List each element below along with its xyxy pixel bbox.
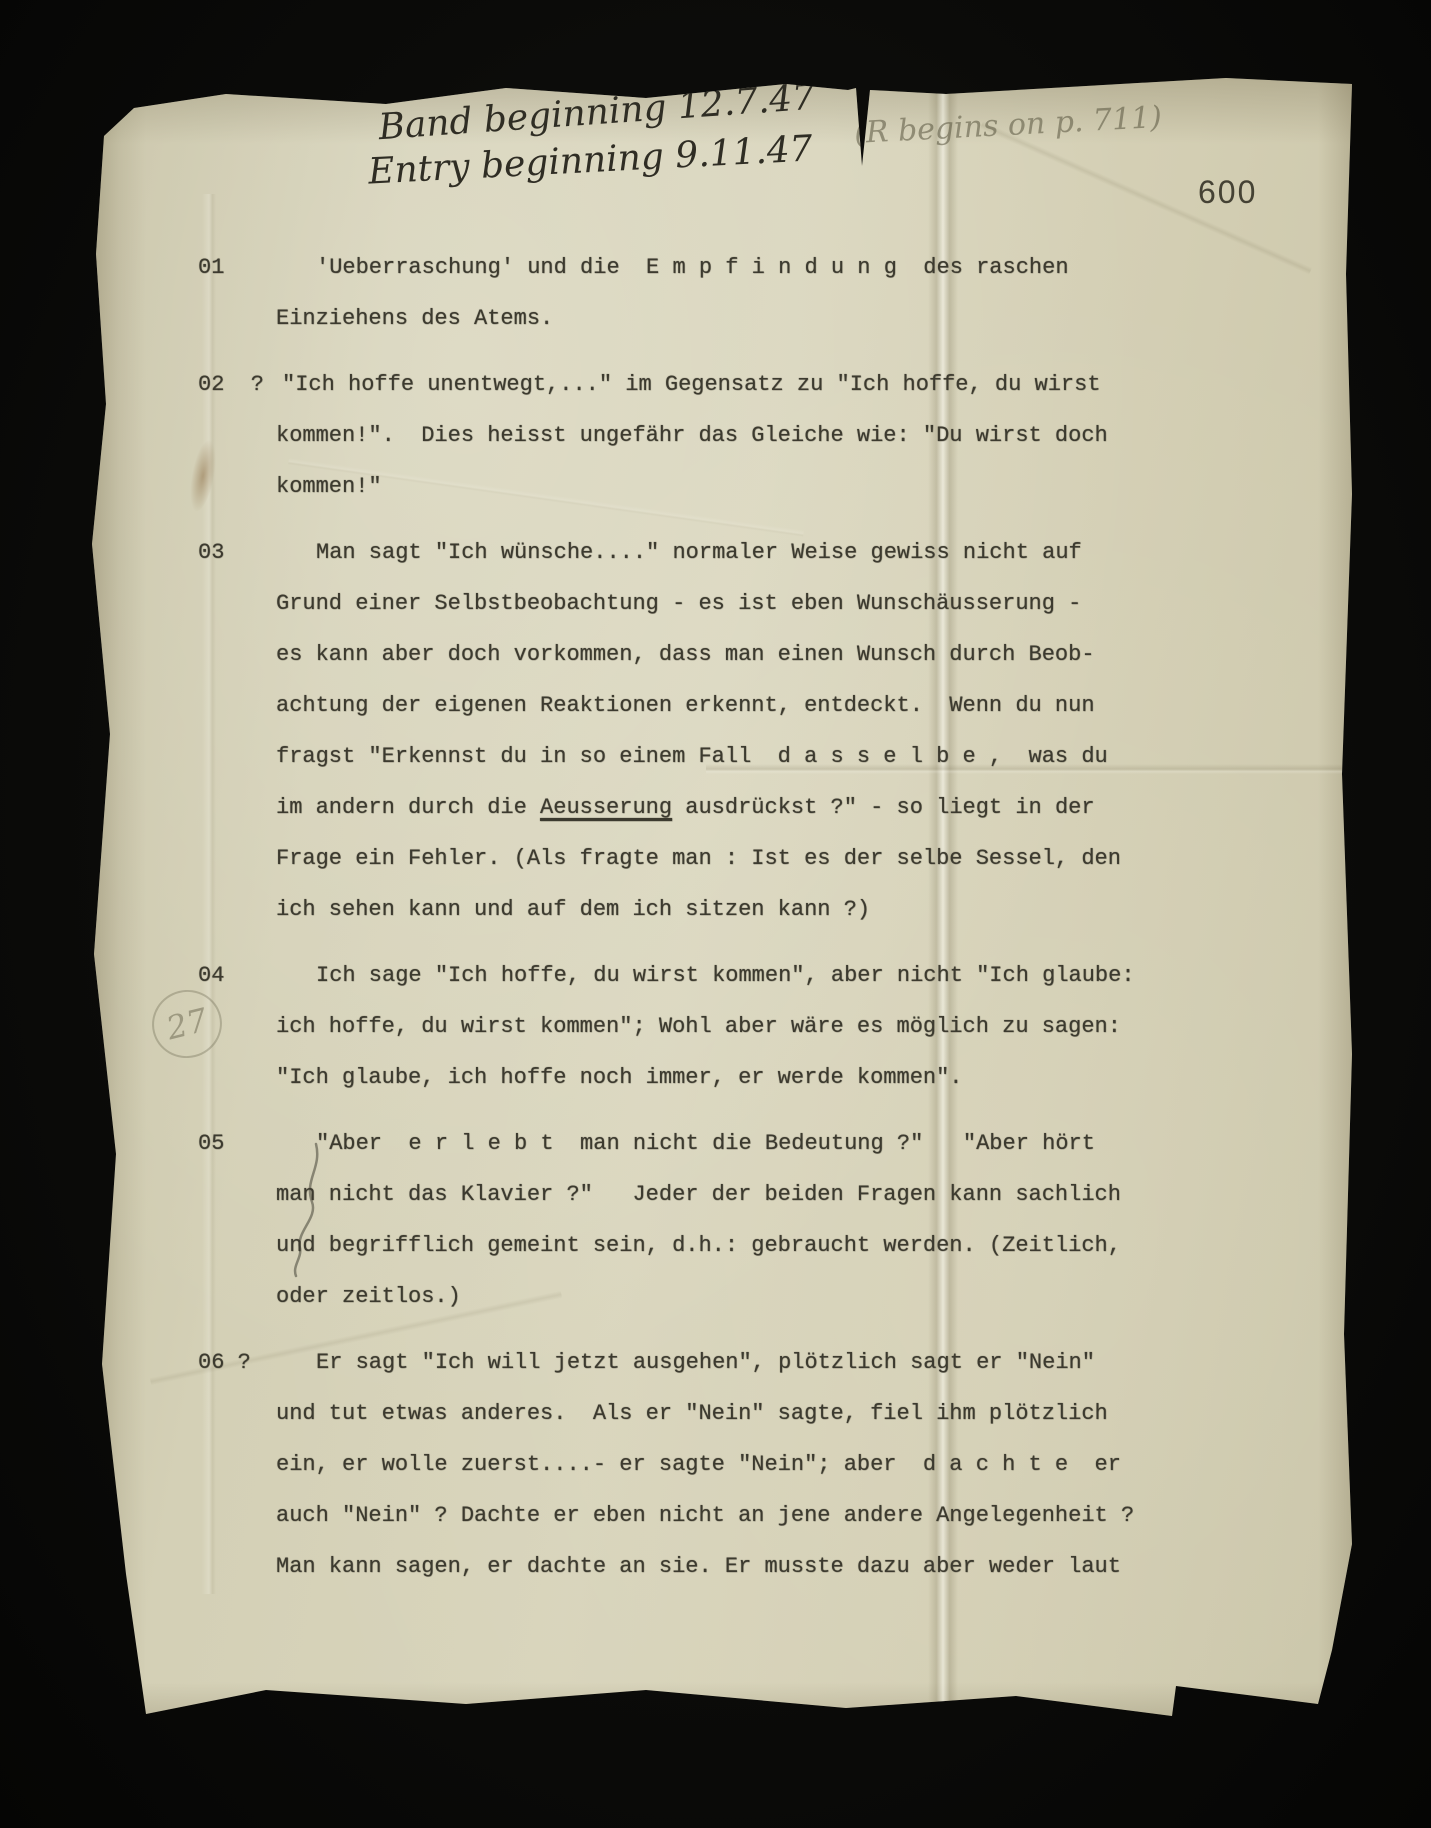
text-line: ich hoffe, du wirst kommen"; Wohl aber w… [276,1001,1278,1052]
entry-number: 01 [198,242,276,344]
text-line: ich sehen kann und auf dem ich sitzen ka… [276,884,1278,935]
text-line: "Ich glaube, ich hoffe noch immer, er we… [276,1052,1278,1103]
text-line: Man kann sagen, er dachte an sie. Er mus… [276,1541,1278,1592]
typewritten-text-block: 01 'Ueberraschung' und die E m p f i n d… [198,242,1278,1607]
entry-body: "Ich hoffe unentwegt,..." im Gegensatz z… [276,359,1278,512]
text-line-with-underline: im andern durch die Aeusserung ausdrücks… [276,782,1278,833]
text-line: oder zeitlos.) [276,1271,1278,1322]
paper-bottom-edge-shading [86,1682,1352,1728]
entry-body: 'Ueberraschung' und die E m p f i n d u … [276,242,1278,344]
text-segment: im andern durch die [276,795,540,820]
entry-number: 05 [198,1118,276,1322]
entry-06: 06 ? Er sagt "Ich will jetzt ausgehen", … [198,1337,1278,1592]
page-number: 600 [1198,174,1257,211]
text-line: Man sagt "Ich wünsche...." normaler Weis… [276,527,1278,578]
entry-body: "Aber e r l e b t man nicht die Bedeutun… [276,1118,1278,1322]
text-line: Er sagt "Ich will jetzt ausgehen", plötz… [276,1337,1278,1388]
manuscript-page: Band beginning 12.7.47 Entry beginning 9… [86,74,1352,1728]
underlined-word: Aeusserung [540,795,672,820]
entry-03: 03 Man sagt "Ich wünsche...." normaler W… [198,527,1278,935]
text-line: "Aber e r l e b t man nicht die Bedeutun… [276,1118,1278,1169]
entry-number: 03 [198,527,276,935]
text-segment: ausdrückst ?" - so liegt in der [672,795,1094,820]
text-line: kommen!" [276,461,1278,512]
text-line: Frage ein Fehler. (Als fragte man : Ist … [276,833,1278,884]
text-line: auch "Nein" ? Dachte er eben nicht an je… [276,1490,1278,1541]
text-line: kommen!". Dies heisst ungefähr das Gleic… [276,410,1278,461]
entry-04: 04 Ich sage "Ich hoffe, du wirst kommen"… [198,950,1278,1103]
entry-number: 06 ? [198,1337,276,1592]
entry-05: 05 "Aber e r l e b t man nicht die Bedeu… [198,1118,1278,1322]
paper-right-edge-shading [1318,74,1352,1728]
text-line: achtung der eigenen Reaktionen erkennt, … [276,680,1278,731]
text-line: man nicht das Klavier ?" Jeder der beide… [276,1169,1278,1220]
entry-02: 02 ? "Ich hoffe unentwegt,..." im Gegens… [198,359,1278,512]
entry-body: Ich sage "Ich hoffe, du wirst kommen", a… [276,950,1278,1103]
text-line: fragst "Erkennst du in so einem Fall d a… [276,731,1278,782]
text-line: und tut etwas anderes. Als er "Nein" sag… [276,1388,1278,1439]
entry-01: 01 'Ueberraschung' und die E m p f i n d… [198,242,1278,344]
text-line: und begrifflich gemeint sein, d.h.: gebr… [276,1220,1278,1271]
text-line: es kann aber doch vorkommen, dass man ei… [276,629,1278,680]
entry-number: 02 ? [198,359,276,512]
entry-body: Er sagt "Ich will jetzt ausgehen", plötz… [276,1337,1278,1592]
text-line: Einziehens des Atems. [276,293,1278,344]
entry-number: 04 [198,950,276,1103]
entry-body: Man sagt "Ich wünsche...." normaler Weis… [276,527,1278,935]
text-line: Grund einer Selbstbeobachtung - es ist e… [276,578,1278,629]
paper-left-edge-shading [86,74,146,1728]
text-line: Ich sage "Ich hoffe, du wirst kommen", a… [276,950,1278,1001]
text-line: 'Ueberraschung' und die E m p f i n d u … [276,242,1278,293]
text-line: "Ich hoffe unentwegt,..." im Gegensatz z… [276,359,1278,410]
scanned-document-photo: { "page_number": "600", "annotations": {… [0,0,1431,1828]
text-line: ein, er wolle zuerst....- er sagte "Nein… [276,1439,1278,1490]
